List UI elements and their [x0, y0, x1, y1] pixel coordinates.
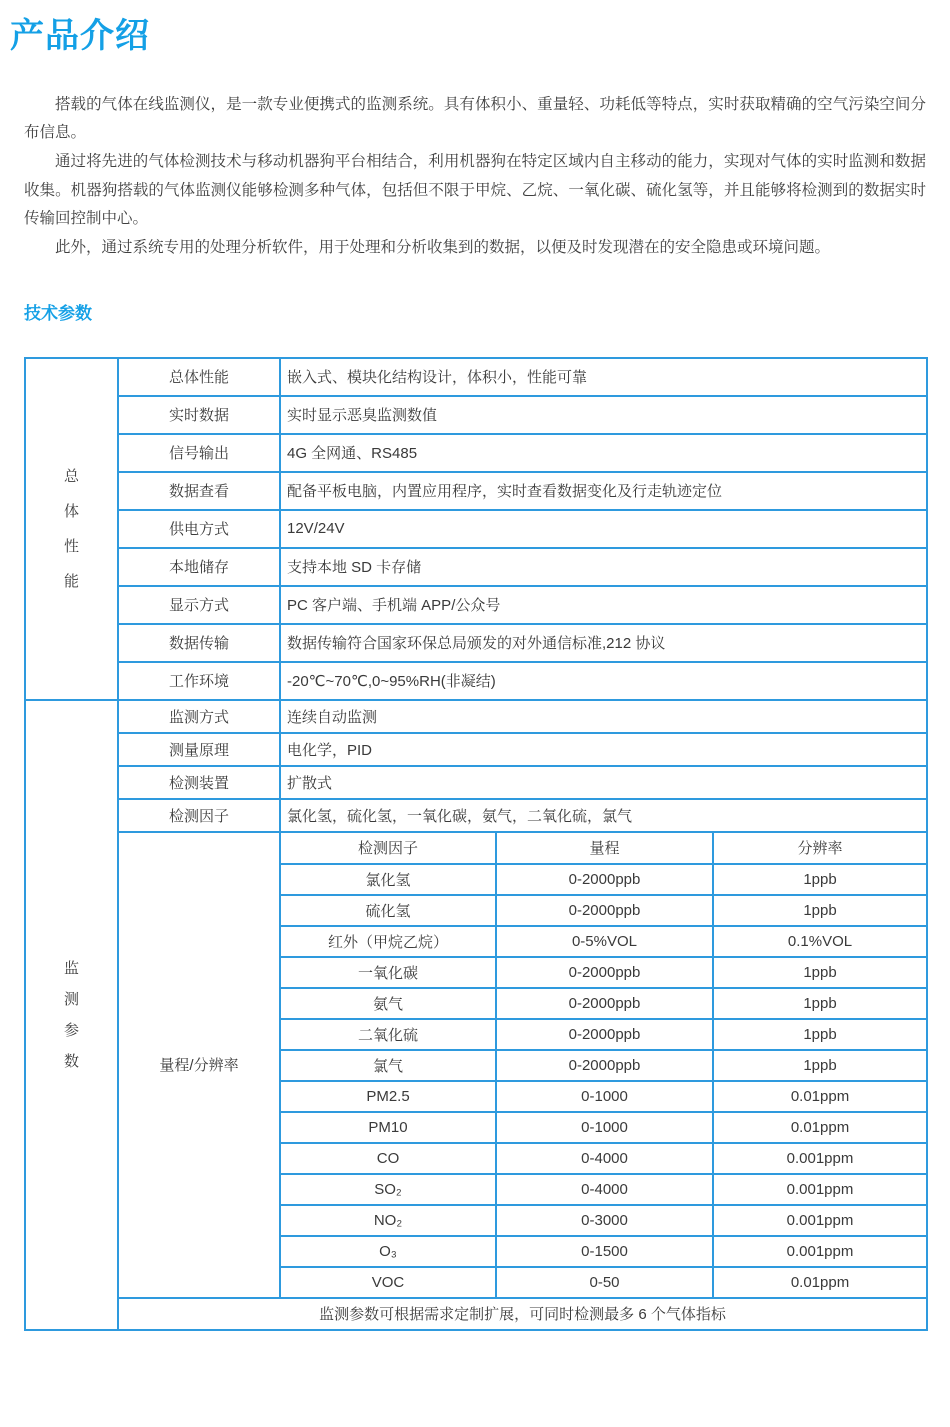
spec-table: 总体性能总体性能嵌入式、模块化结构设计，体积小，性能可靠实时数据实时显示恶臭监测…	[24, 357, 928, 1331]
attr-label: 检测因子	[118, 799, 280, 832]
factor-cell: NO₂	[280, 1205, 496, 1236]
table-row: 监测参数监测方式连续自动监测	[25, 700, 927, 733]
range-cell: 0-2000ppb	[496, 895, 713, 926]
attr-label: 数据查看	[118, 472, 280, 510]
range-cell: 0-2000ppb	[496, 1019, 713, 1050]
range-cell: 0-2000ppb	[496, 864, 713, 895]
resolution-cell: 1ppb	[713, 957, 927, 988]
attr-label: 测量原理	[118, 733, 280, 766]
attr-label: 检测装置	[118, 766, 280, 799]
factor-cell: PM2.5	[280, 1081, 496, 1112]
attr-value: PC 客户端、手机端 APP/公众号	[280, 586, 927, 624]
group-label-char: 测	[64, 992, 79, 1007]
intro-paragraph-2: 通过将先进的气体检测技术与移动机器狗平台相结合，利用机器狗在特定区域内自主移动的…	[24, 148, 926, 234]
group-overall-performance-label: 总体性能	[32, 459, 111, 599]
group-label-char: 参	[64, 1023, 79, 1038]
attr-value: 12V/24V	[280, 510, 927, 548]
group-overall-performance: 总体性能	[25, 358, 118, 700]
group-label-char: 能	[64, 574, 79, 589]
inner-column-header: 量程	[496, 832, 713, 864]
range-cell: 0-1500	[496, 1236, 713, 1267]
factor-cell: CO	[280, 1143, 496, 1174]
page-title: 产品介绍	[10, 16, 950, 57]
factor-cell: 氨气	[280, 988, 496, 1019]
table-row: 工作环境-20℃~70℃,0~95%RH(非凝结)	[25, 662, 927, 700]
attr-value: 嵌入式、模块化结构设计，体积小，性能可靠	[280, 358, 927, 396]
section-title-tech-params: 技术参数	[24, 299, 950, 324]
table-row: 数据传输数据传输符合国家环保总局颁发的对外通信标准,212 协议	[25, 624, 927, 662]
attr-label: 信号输出	[118, 434, 280, 472]
range-resolution-label: 量程/分辨率	[118, 832, 280, 1298]
attr-label: 实时数据	[118, 396, 280, 434]
inner-column-header: 检测因子	[280, 832, 496, 864]
resolution-cell: 0.01ppm	[713, 1112, 927, 1143]
table-row: 总体性能总体性能嵌入式、模块化结构设计，体积小，性能可靠	[25, 358, 927, 396]
attr-label: 监测方式	[118, 700, 280, 733]
table-row: 实时数据实时显示恶臭监测数值	[25, 396, 927, 434]
inner-column-header: 分辨率	[713, 832, 927, 864]
attr-value: 数据传输符合国家环保总局颁发的对外通信标准,212 协议	[280, 624, 927, 662]
attr-label: 本地储存	[118, 548, 280, 586]
resolution-cell: 0.001ppm	[713, 1143, 927, 1174]
range-cell: 0-2000ppb	[496, 1050, 713, 1081]
range-cell: 0-5%VOL	[496, 926, 713, 957]
table-row: 供电方式12V/24V	[25, 510, 927, 548]
factor-cell: 一氧化碳	[280, 957, 496, 988]
table-footer-note: 监测参数可根据需求定制扩展，可同时检测最多 6 个气体指标	[118, 1298, 927, 1330]
factor-cell: SO₂	[280, 1174, 496, 1205]
attr-label: 显示方式	[118, 586, 280, 624]
factor-cell: 氯化氢	[280, 864, 496, 895]
factor-cell: 红外（甲烷乙烷）	[280, 926, 496, 957]
group-monitoring-params-label: 监测参数	[32, 953, 111, 1077]
resolution-cell: 1ppb	[713, 864, 927, 895]
intro-paragraph-3: 此外，通过系统专用的处理分析软件，用于处理和分析收集到的数据，以便及时发现潜在的…	[24, 234, 926, 263]
table-row: 数据查看配备平板电脑，内置应用程序，实时查看数据变化及行走轨迹定位	[25, 472, 927, 510]
group-label-char: 监	[64, 961, 79, 976]
inner-table-header-row: 量程/分辨率检测因子量程分辨率	[25, 832, 927, 864]
intro-paragraphs: 搭载的气体在线监测仪，是一款专业便携式的监测系统。具有体积小、重量轻、功耗低等特…	[24, 91, 926, 263]
range-cell: 0-2000ppb	[496, 988, 713, 1019]
resolution-cell: 0.001ppm	[713, 1236, 927, 1267]
attr-value: 电化学，PID	[280, 733, 927, 766]
document-page: 产品介绍 搭载的气体在线监测仪，是一款专业便携式的监测系统。具有体积小、重量轻、…	[0, 16, 950, 1427]
table-footer-row: 监测参数可根据需求定制扩展，可同时检测最多 6 个气体指标	[25, 1298, 927, 1330]
table-row: 检测因子氯化氢，硫化氢，一氧化碳，氨气，二氧化硫，氯气	[25, 799, 927, 832]
attr-value: 支持本地 SD 卡存储	[280, 548, 927, 586]
resolution-cell: 1ppb	[713, 1050, 927, 1081]
resolution-cell: 1ppb	[713, 895, 927, 926]
factor-cell: 二氧化硫	[280, 1019, 496, 1050]
range-cell: 0-50	[496, 1267, 713, 1298]
factor-cell: 硫化氢	[280, 895, 496, 926]
table-row: 信号输出4G 全网通、RS485	[25, 434, 927, 472]
range-cell: 0-3000	[496, 1205, 713, 1236]
group-label-char: 性	[64, 539, 79, 554]
group-label-char: 总	[64, 469, 79, 484]
resolution-cell: 0.001ppm	[713, 1205, 927, 1236]
attr-value: -20℃~70℃,0~95%RH(非凝结)	[280, 662, 927, 700]
resolution-cell: 0.1%VOL	[713, 926, 927, 957]
resolution-cell: 0.001ppm	[713, 1174, 927, 1205]
table-row: 本地储存支持本地 SD 卡存储	[25, 548, 927, 586]
attr-value: 4G 全网通、RS485	[280, 434, 927, 472]
attr-value: 氯化氢，硫化氢，一氧化碳，氨气，二氧化硫，氯气	[280, 799, 927, 832]
intro-paragraph-1: 搭载的气体在线监测仪，是一款专业便携式的监测系统。具有体积小、重量轻、功耗低等特…	[24, 91, 926, 148]
resolution-cell: 0.01ppm	[713, 1267, 927, 1298]
range-cell: 0-1000	[496, 1112, 713, 1143]
attr-value: 配备平板电脑，内置应用程序，实时查看数据变化及行走轨迹定位	[280, 472, 927, 510]
resolution-cell: 1ppb	[713, 1019, 927, 1050]
factor-cell: VOC	[280, 1267, 496, 1298]
range-cell: 0-2000ppb	[496, 957, 713, 988]
attr-value: 连续自动监测	[280, 700, 927, 733]
group-label-char: 体	[64, 504, 79, 519]
attr-value: 实时显示恶臭监测数值	[280, 396, 927, 434]
group-monitoring-params: 监测参数	[25, 700, 118, 1330]
attr-label: 工作环境	[118, 662, 280, 700]
range-cell: 0-4000	[496, 1174, 713, 1205]
factor-cell: O₃	[280, 1236, 496, 1267]
attr-label: 总体性能	[118, 358, 280, 396]
range-cell: 0-4000	[496, 1143, 713, 1174]
factor-cell: PM10	[280, 1112, 496, 1143]
attr-value: 扩散式	[280, 766, 927, 799]
resolution-cell: 1ppb	[713, 988, 927, 1019]
factor-cell: 氯气	[280, 1050, 496, 1081]
attr-label: 供电方式	[118, 510, 280, 548]
table-row: 测量原理电化学，PID	[25, 733, 927, 766]
table-row: 显示方式PC 客户端、手机端 APP/公众号	[25, 586, 927, 624]
range-cell: 0-1000	[496, 1081, 713, 1112]
attr-label: 数据传输	[118, 624, 280, 662]
table-row: 检测装置扩散式	[25, 766, 927, 799]
group-label-char: 数	[64, 1054, 79, 1069]
resolution-cell: 0.01ppm	[713, 1081, 927, 1112]
